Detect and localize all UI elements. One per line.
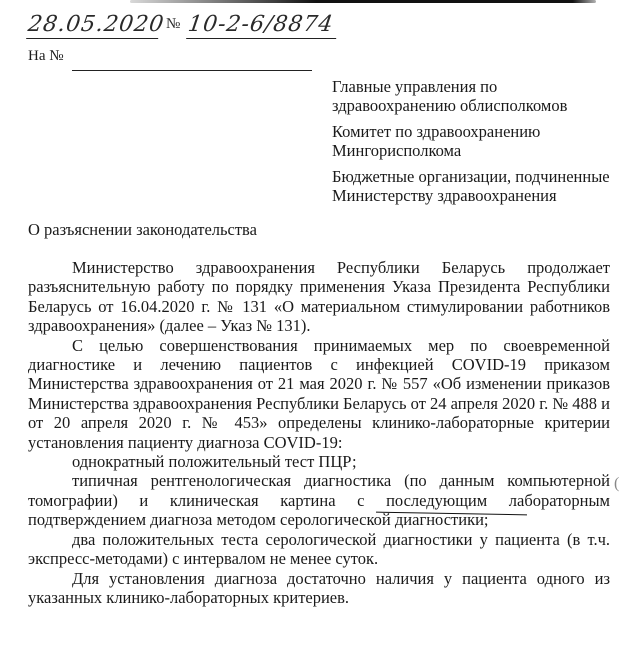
paragraph-purpose: С целью совершенствования принимаемых ме… — [28, 336, 610, 452]
addressee-minsk-committee: Комитет по здравоохранению Мингорисполко… — [332, 122, 617, 160]
addressee-budget-orgs: Бюджетные организации, подчиненные Минис… — [332, 167, 617, 205]
paragraph-intro: Министерство здравоохранения Республики … — [28, 258, 610, 336]
paragraph-conclusion: Для установления диагноза достаточно нал… — [28, 569, 610, 608]
reply-to-label: На № — [28, 48, 64, 65]
document-subject: О разъяснении законодательства — [28, 220, 257, 240]
criterion-serology: два положительных теста серологической д… — [28, 530, 610, 569]
registration-number: 10-2-6/8874 — [186, 12, 340, 39]
addressee-block: Главные управления по здравоохранению об… — [332, 77, 617, 212]
criterion-pcr: однократный положительный тест ПЦР; — [28, 452, 610, 471]
addressee-regional-health: Главные управления по здравоохранению об… — [332, 77, 617, 115]
reply-to-field — [72, 70, 312, 71]
registration-date: 28.05.2020 — [26, 12, 162, 39]
criterion-ct-clinical: типичная рентгенологическая диагностика … — [28, 471, 610, 529]
scan-top-border — [130, 0, 596, 3]
handwritten-underline-word: последующим — [386, 491, 487, 510]
registration-number-label: № — [166, 16, 180, 33]
document-body: Министерство здравоохранения Республики … — [28, 258, 610, 607]
scan-edge-mark: ( — [614, 475, 619, 493]
